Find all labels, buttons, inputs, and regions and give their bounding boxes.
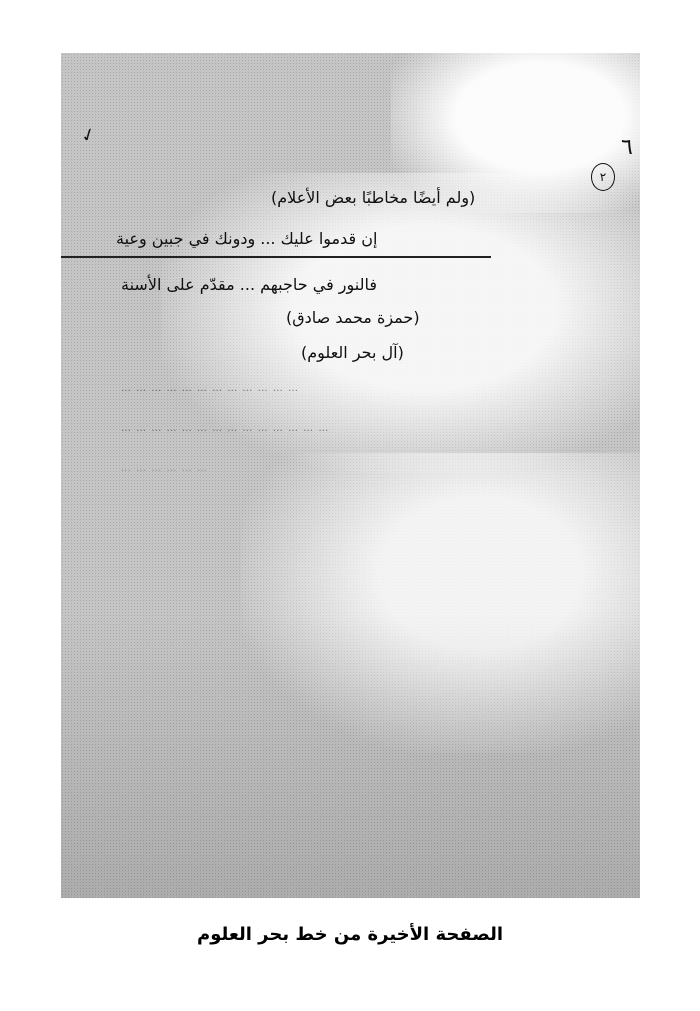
signature-name: (حمزة محمد صادق)	[286, 308, 420, 327]
strike-line	[61, 256, 491, 258]
manuscript-scan: ✓ ٦ ٢ (ولم أيضًا مخاطبًا بعض الأعلام) إن…	[61, 53, 640, 898]
figure-caption: الصفحة الأخيرة من خط بحر العلوم	[0, 924, 700, 945]
faded-line: … … … … … …	[121, 463, 208, 474]
verse-line-2: فالنور في حاجبهم ... مقدّم على الأسنة	[121, 275, 377, 294]
scan-dark-area	[61, 613, 640, 898]
check-mark: ✓	[78, 123, 99, 148]
verse-line-1: إن قدموا عليك ... ودونك في جبين وعية	[116, 229, 377, 248]
signature-family: (آل بحر العلوم)	[301, 343, 404, 362]
faded-line: … … … … … … … … … … … …	[121, 383, 299, 394]
faded-line: … … … … … … … … … … … … … …	[121, 423, 329, 434]
manuscript-heading: (ولم أيضًا مخاطبًا بعض الأعلام)	[271, 188, 475, 207]
corner-marker: ٦	[621, 135, 633, 160]
scan-light-area	[241, 453, 640, 753]
page-number-circled: ٢	[591, 163, 615, 191]
